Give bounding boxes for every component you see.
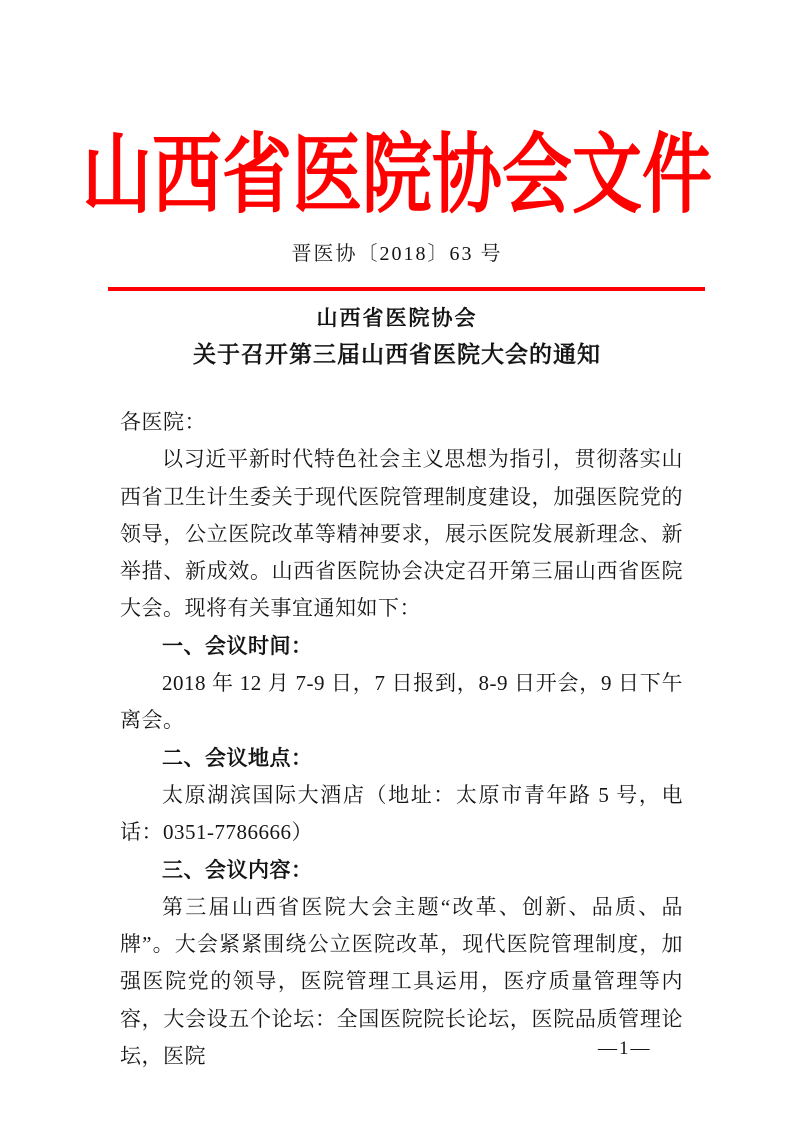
section-1-body: 2018 年 12 月 7-9 日，7 日报到，8-9 日开会，9 日下午离会。 [120, 665, 683, 740]
notice-org-line: 山西省医院协会 [0, 302, 794, 332]
section-2-heading: 二、会议地点： [120, 740, 683, 777]
page-number: —1— [598, 1038, 652, 1060]
doc-number: 晋医协〔2018〕63 号 [0, 237, 794, 266]
section-3-heading: 三、会议内容： [120, 852, 683, 889]
section-1-heading: 一、会议时间： [120, 628, 683, 665]
letterhead-title: 山西省医院协会文件 [0, 116, 794, 217]
section-2-body: 太原湖滨国际大酒店（地址：太原市青年路 5 号，电话：0351-7786666） [120, 777, 683, 852]
document-page: 山西省医院协会文件 晋医协〔2018〕63 号 山西省医院协会 关于召开第三届山… [0, 0, 794, 1123]
notice-title: 关于召开第三届山西省医院大会的通知 [0, 336, 794, 369]
document-body: 各医院： 以习近平新时代特色社会主义思想为指引，贯彻落实山西省卫生计生委关于现代… [120, 404, 683, 1075]
intro-paragraph: 以习近平新时代特色社会主义思想为指引，贯彻落实山西省卫生计生委关于现代医院管理制… [120, 441, 683, 627]
salutation: 各医院： [120, 404, 683, 441]
red-divider-line [108, 287, 705, 291]
letterhead-title-text: 山西省医院协会文件 [82, 105, 712, 230]
